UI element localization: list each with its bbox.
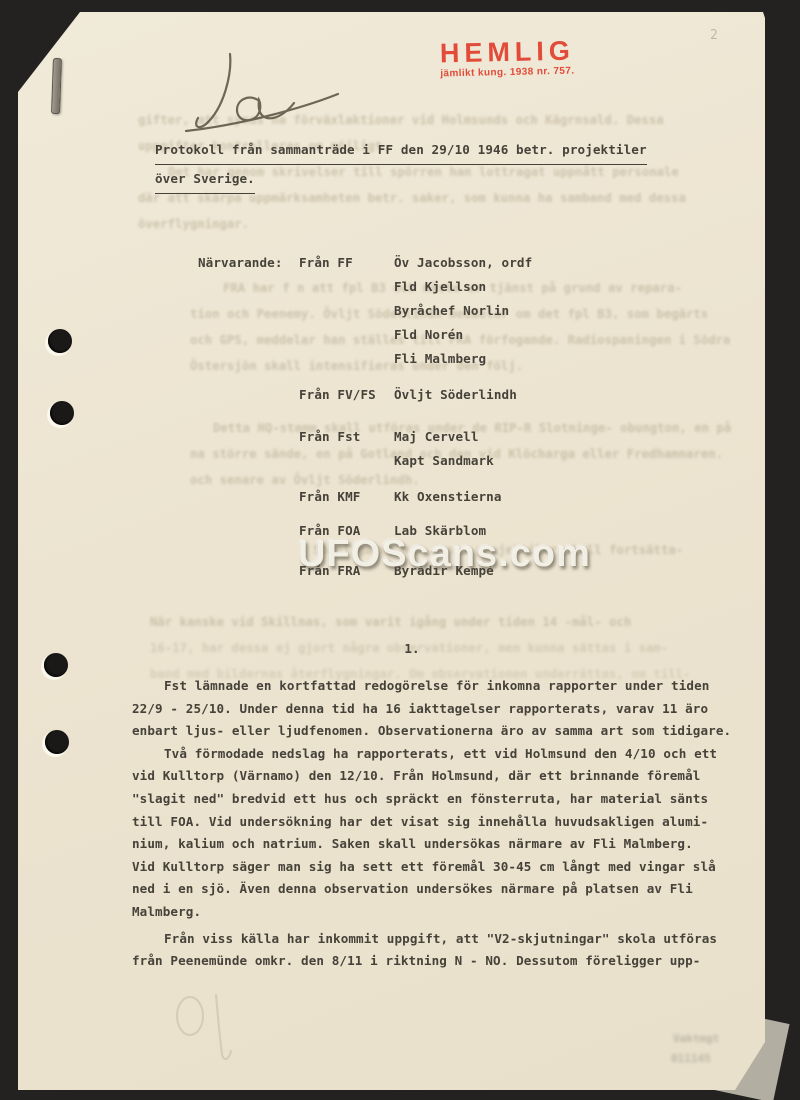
attendee-name: Övljt Söderlindh [394, 387, 517, 402]
stamp-hemlig-text: HEMLIG [440, 37, 576, 68]
attendee-org: Från Fst [299, 429, 360, 444]
attendee-row: Fld Norén [18, 327, 765, 347]
body-line: ned i en sjö. Även denna observation und… [132, 878, 722, 901]
bleedthrough-line: Vaktmgt [673, 1032, 719, 1045]
body-line: nium, kalium och natrium. Saken skall un… [132, 833, 722, 856]
attendee-name: Kapt Sandmark [394, 453, 494, 468]
document-page: gifter, att synas ha förväxlaktioner vid… [18, 12, 765, 1090]
body-line: vid Kulltorp (Värnamo) den 12/10. Från H… [132, 765, 722, 788]
attendee-name: Öv Jacobsson, ordf [394, 255, 532, 270]
ufoscans-watermark: UFOScans.com [298, 533, 591, 576]
body-line: Från viss källa har inkommit uppgift, at… [132, 928, 722, 951]
stamp-law-reference: jämlikt kung. 1938 nr. 757. [440, 66, 575, 80]
body-line: "slagit ned" bredvid ett hus och spräckt… [132, 788, 722, 811]
bleedthrough-line: överflygningar. [138, 217, 249, 231]
attendee-org: Från KMF [299, 489, 360, 504]
attendees-label: Närvarande: [198, 255, 283, 270]
attendee-name: Maj Cervell [394, 429, 479, 444]
scanned-document: gifter, att synas ha förväxlaktioner vid… [0, 0, 800, 1100]
body-line: Fst lämnade en kortfattad redogörelse fö… [132, 675, 722, 698]
body-line: Vid Kulltorp säger man sig ha sett ett f… [132, 856, 722, 879]
pencil-doodle [177, 995, 231, 1059]
title-line-1: Protokoll från sammanträde i FF den 29/1… [155, 136, 647, 165]
body-line: Två förmodade nedslag ha rapporterats, e… [132, 743, 722, 766]
attendee-row: Kapt Sandmark [18, 453, 765, 473]
attendee-name: Fld Kjellson [394, 279, 486, 294]
punch-hole [44, 653, 68, 677]
attendee-name: Byråchef Norlin [394, 303, 509, 318]
body-line: enbart ljus- eller ljudfenomen. Observat… [132, 720, 722, 743]
bleedthrough-line: gifter, att synas ha förväxlaktioner vid… [138, 113, 664, 127]
attendee-row: Fli Malmberg [18, 351, 765, 371]
body-text: Fst lämnade en kortfattad redogörelse fö… [132, 675, 722, 973]
attendee-row: Närvarande: Från FF Öv Jacobsson, ordf [18, 255, 765, 275]
punch-hole [45, 730, 69, 754]
bleedthrough-line: och senare av Övljt Söderlindh. [190, 473, 420, 487]
attendee-row: Från FV/FS Övljt Söderlindh [18, 387, 765, 407]
secrecy-stamp: HEMLIG jämlikt kung. 1938 nr. 757. [440, 37, 576, 80]
attendee-row: Byråchef Norlin [18, 303, 765, 323]
attendee-name: Fli Malmberg [394, 351, 486, 366]
section-number: 1. [132, 641, 692, 656]
body-line: från Peenemünde omkr. den 8/11 i riktnin… [132, 950, 722, 973]
attendee-row: Från KMF Kk Oxenstierna [18, 489, 765, 509]
bleedthrough-line: 011145 [671, 1052, 711, 1065]
attendee-row: Fld Kjellson [18, 279, 765, 299]
attendee-org: Från FV/FS [299, 387, 376, 402]
staple [51, 58, 62, 114]
document-title: Protokoll från sammanträde i FF den 29/1… [155, 136, 647, 194]
attendee-name: Fld Norén [394, 327, 463, 342]
body-line: 22/9 - 25/10. Under denna tid ha 16 iakt… [132, 698, 722, 721]
attendee-name: Kk Oxenstierna [394, 489, 502, 504]
attendee-row: Från Fst Maj Cervell [18, 429, 765, 449]
title-line-2: över Sverige. [155, 165, 255, 194]
bleedthrough-line: När kanske vid Skillnas, som varit igång… [150, 615, 631, 629]
body-line: Malmberg. [132, 901, 722, 924]
attendee-org: Från FF [299, 255, 353, 270]
pencil-page-number: 2 [710, 28, 718, 43]
body-line: till FOA. Vid undersökning har det visat… [132, 811, 722, 834]
